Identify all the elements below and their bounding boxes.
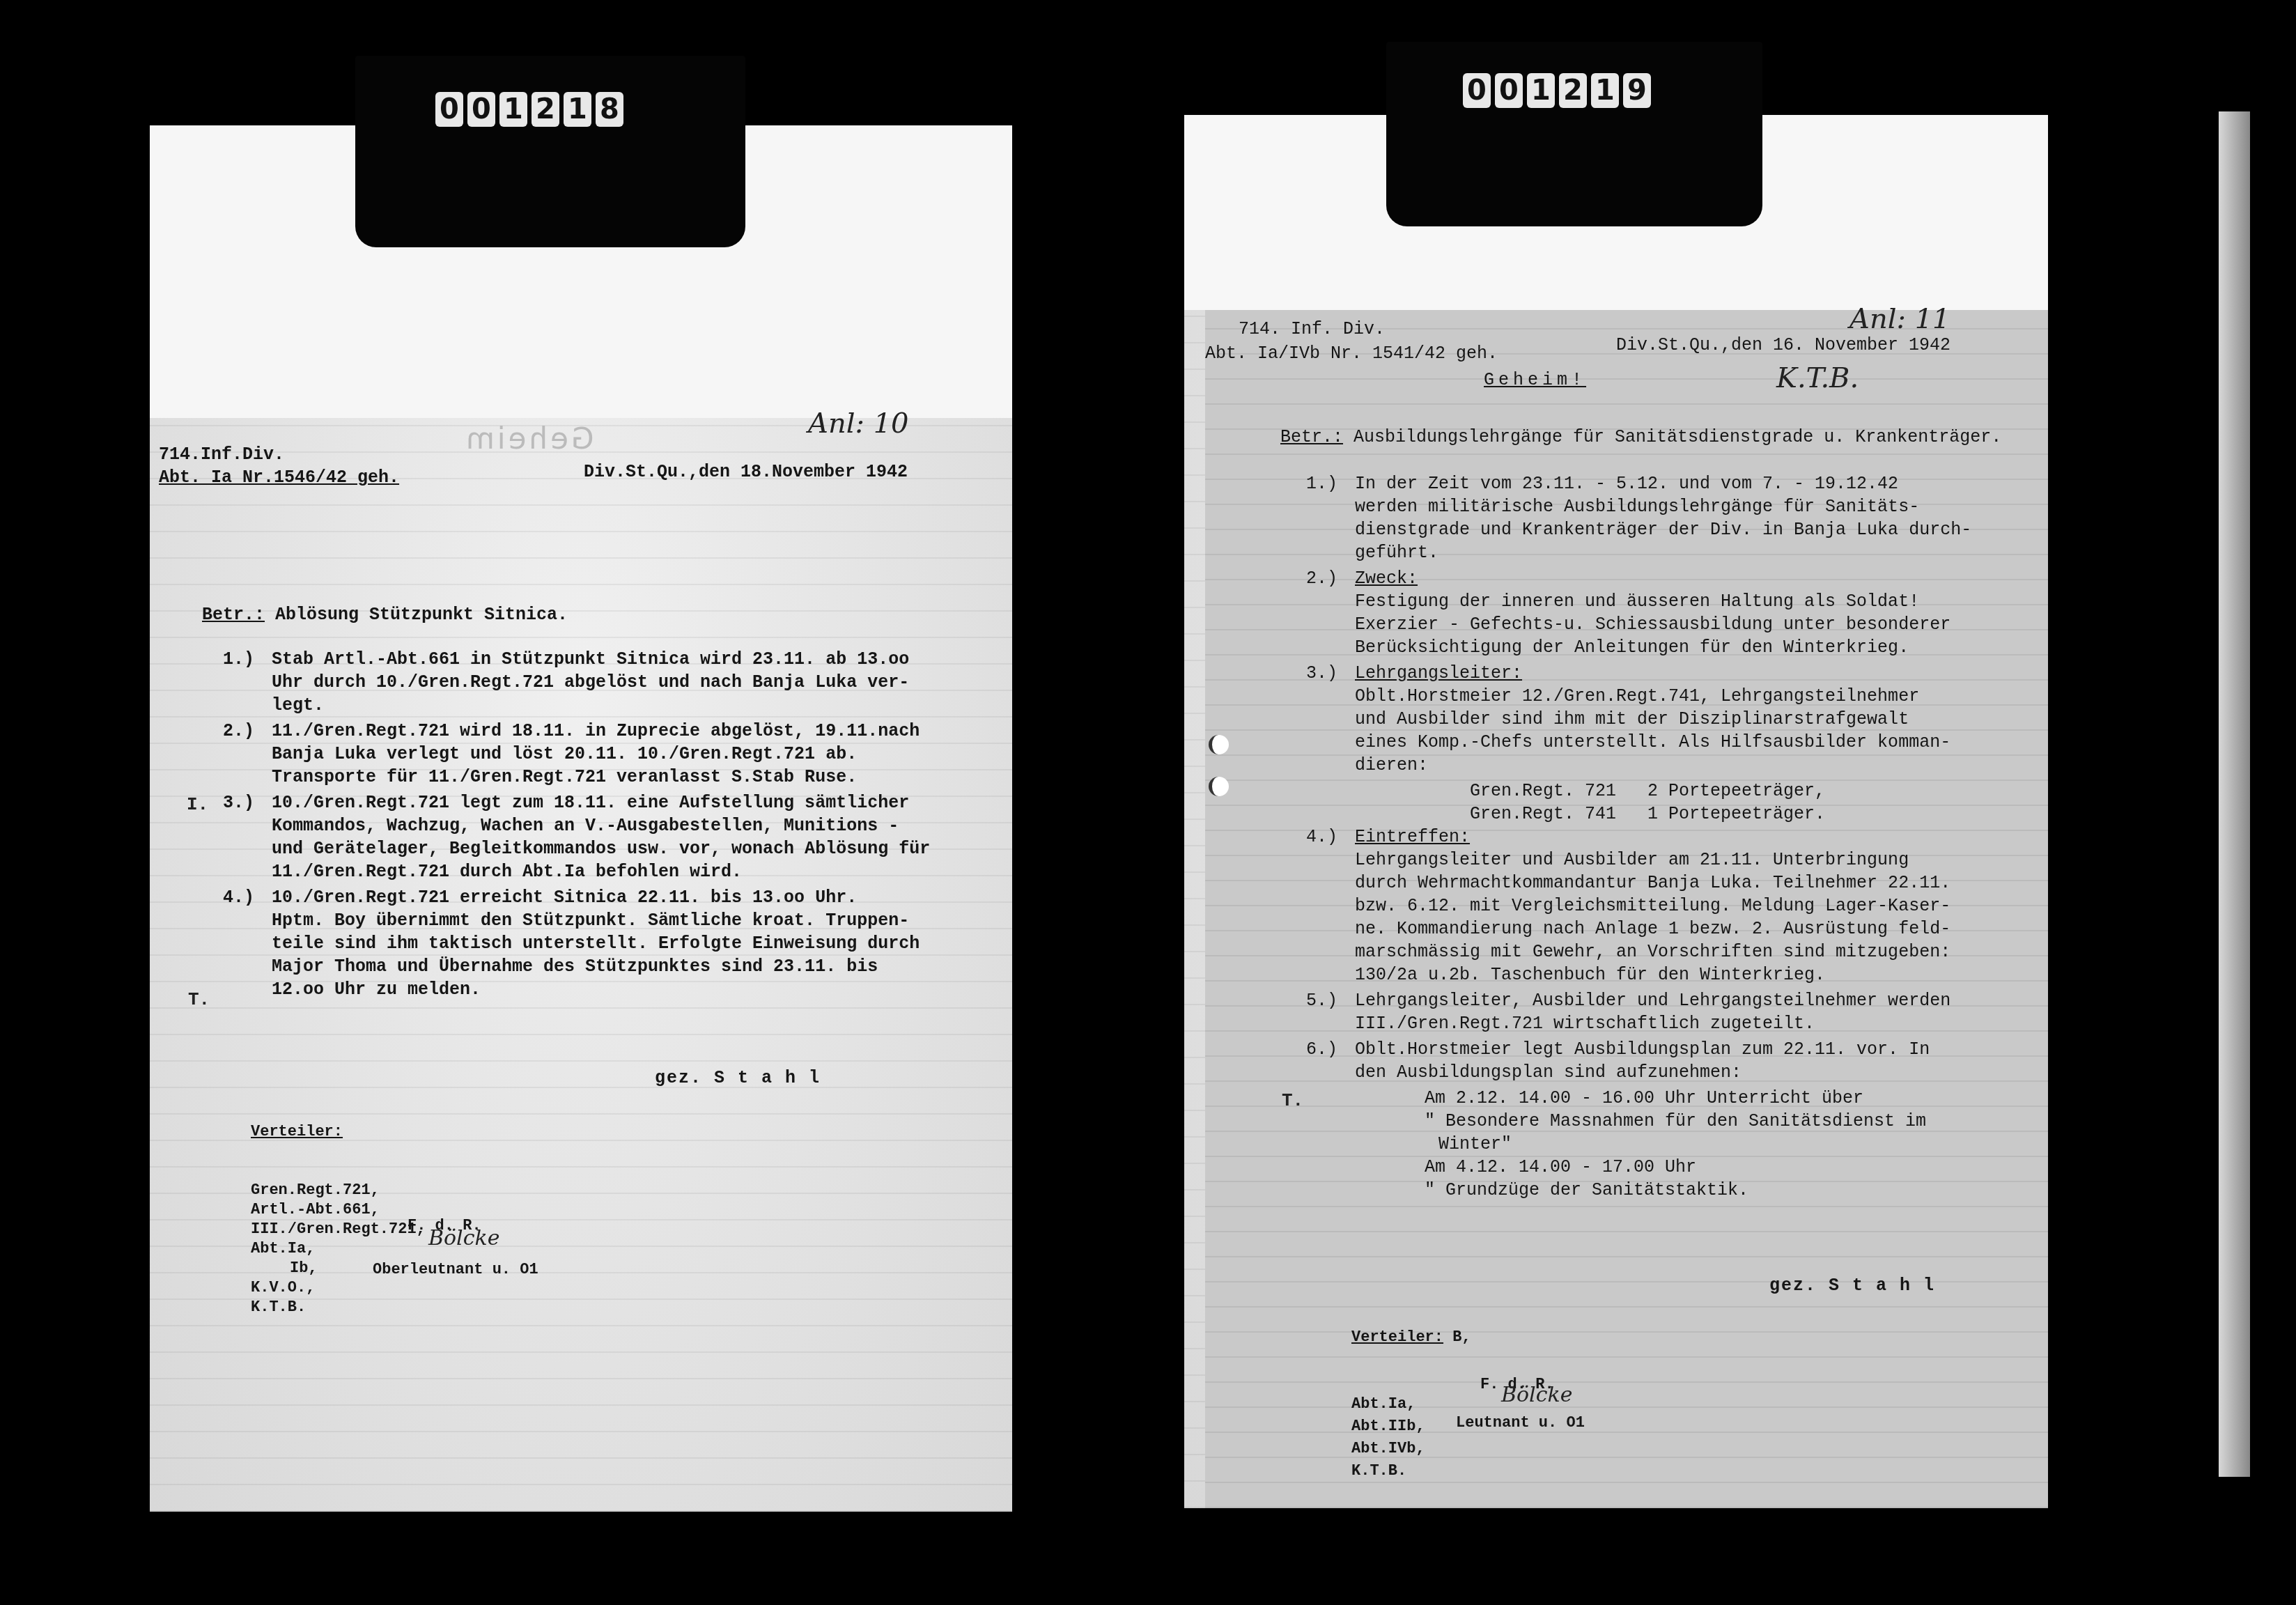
- frame-counter: 0 0 1 2 1 9: [1463, 73, 1651, 108]
- distribution-entries: Gren.Regt.721,Artl.-Abt.661,III./Gren.Re…: [251, 1181, 426, 1317]
- subject-line: Betr.: Ausbildungslehrgänge für Sanitäts…: [1280, 425, 2001, 449]
- item-line: geführt.: [1355, 541, 1971, 564]
- numbered-item: 6.)Oblt.Horstmeier legt Ausbildungsplan …: [1355, 1038, 1971, 1084]
- item-line: Kommandos, Wachzug, Wachen an V.-Ausgabe…: [272, 814, 930, 837]
- distribution-label: Verteiler:: [251, 1122, 426, 1142]
- header-place-date: Div.St.Qu.,den 16. November 1942: [1616, 333, 1950, 357]
- numbered-items: 1.)Stab Artl.-Abt.661 in Stützpunkt Sitn…: [272, 648, 930, 1004]
- item-line: 10./Gren.Regt.721 legt zum 18.11. eine A…: [272, 791, 930, 814]
- item-line: ne. Kommandierung nach Anlage 1 bezw. 2.…: [1355, 917, 1971, 940]
- film-frame-clip: [1386, 42, 1762, 226]
- numbered-item: 4.)Eintreffen:Lehrgangsleiter und Ausbil…: [1355, 825, 1971, 986]
- item-line: 11./Gren.Regt.721 wird 18.11. in Zupreci…: [272, 720, 930, 743]
- distribution-entry: Abt.IIb,: [1351, 1416, 1471, 1438]
- header-place-date: Div.St.Qu.,den 18.November 1942: [584, 460, 908, 484]
- item-line: Lehrgangsleiter, Ausbilder und Lehrgangs…: [1355, 989, 1971, 1012]
- item-line: den Ausbildungsplan sind aufzunehmen:: [1355, 1061, 1971, 1084]
- classification-label: Geheim!: [1484, 368, 1586, 392]
- numbered-item: 2.)11./Gren.Regt.721 wird 18.11. in Zupr…: [272, 720, 930, 789]
- counter-digit: 0: [1495, 73, 1523, 108]
- item-line: dienstgrade und Krankenträger der Div. i…: [1355, 518, 1971, 541]
- item-line: Stab Artl.-Abt.661 in Stützpunkt Sitnica…: [272, 648, 930, 671]
- numbered-item: 5.)Lehrgangsleiter, Ausbilder und Lehrga…: [1355, 989, 1971, 1035]
- item-line: durch Wehrmachtkommandantur Banja Luka. …: [1355, 871, 1971, 894]
- schedule-line: Winter": [1355, 1133, 1971, 1156]
- item-line: Lehrgangsleiter und Ausbilder am 21.11. …: [1355, 848, 1971, 871]
- counter-digit: 0: [467, 92, 495, 127]
- header-reference: Abt. Ia Nr.1546/42 geh.: [159, 465, 399, 490]
- distribution-entry: Abt.Ia,: [1351, 1393, 1471, 1416]
- item-line: Banja Luka verlegt und löst 20.11. 10./G…: [272, 743, 930, 766]
- item-line: legt.: [272, 694, 930, 717]
- item-line: III./Gren.Regt.721 wirtschaftlich zugete…: [1355, 1012, 1971, 1035]
- item-line: Berücksichtigung der Anleitungen für den…: [1355, 636, 1971, 659]
- distribution-entry: III./Gren.Regt.721,: [251, 1220, 426, 1239]
- item-line: marschmässig mit Gewehr, an Vorschriften…: [1355, 940, 1971, 963]
- assignment-count: 1 Portepeeträger.: [1647, 804, 1825, 824]
- assignment-unit: Gren.Regt. 741: [1470, 804, 1647, 824]
- item-line: dieren:: [1355, 754, 1971, 777]
- counter-digit: 8: [596, 92, 623, 127]
- item-line: 130/2a u.2b. Taschenbuch für den Winterk…: [1355, 963, 1971, 986]
- counter-digit: 2: [1559, 73, 1587, 108]
- annex-annotation: Anl: 10: [808, 408, 909, 440]
- item-heading: Lehrgangsleiter:: [1355, 662, 1971, 685]
- subject-label: Betr.:: [1280, 427, 1343, 447]
- subject-line: Betr.: Ablösung Stützpunkt Sitnica.: [202, 603, 568, 627]
- assignment-count: 2 Portepeeträger,: [1647, 781, 1825, 801]
- item-line: teile sind ihm taktisch unterstellt. Erf…: [272, 932, 930, 955]
- item-number: 6.): [1306, 1038, 1337, 1061]
- item-line: Oblt.Horstmeier 12./Gren.Regt.741, Lehrg…: [1355, 685, 1971, 708]
- subject-text: Ablösung Stützpunkt Sitnica.: [275, 605, 568, 625]
- subject-label: Betr.:: [202, 605, 265, 625]
- distribution-entry: K.T.B.: [251, 1298, 426, 1317]
- distribution-entry: K.T.B.: [1351, 1460, 1471, 1482]
- annex-annotation: Anl: 11: [1849, 303, 1950, 335]
- header-unit: 714.Inf.Div.: [159, 442, 284, 467]
- film-frame-clip: [355, 56, 745, 247]
- distribution-entry: Gren.Regt.721,: [251, 1181, 426, 1200]
- distribution-entry: Abt.Ia,: [251, 1239, 426, 1259]
- punch-hole: [1209, 777, 1229, 796]
- item-number: 2.): [1306, 567, 1337, 590]
- numbered-items: 1.)In der Zeit vom 23.11. - 5.12. und vo…: [1355, 472, 1971, 1202]
- ktb-annotation: K.T.B.: [1776, 362, 1859, 394]
- item-line: 10./Gren.Regt.721 erreicht Sitnica 22.11…: [272, 886, 930, 909]
- item-line: Oblt.Horstmeier legt Ausbildungsplan zum…: [1355, 1038, 1971, 1061]
- item-line: Uhr durch 10./Gren.Regt.721 abgelöst und…: [272, 671, 930, 694]
- officer-title: Leutnant u. O1: [1456, 1411, 1585, 1435]
- item-heading: Eintreffen:: [1355, 825, 1971, 848]
- counter-digit: 0: [435, 92, 463, 127]
- margin-mark: I.: [187, 794, 208, 815]
- numbered-item: 1.)Stab Artl.-Abt.661 in Stützpunkt Sitn…: [272, 648, 930, 717]
- item-number: 1.): [1306, 472, 1337, 495]
- item-line: und Ausbilder sind ihm mit der Disziplin…: [1355, 708, 1971, 731]
- margin-mark: T.: [188, 989, 210, 1010]
- punch-hole: [1209, 735, 1229, 754]
- numbered-item: 3.)10./Gren.Regt.721 legt zum 18.11. ein…: [272, 791, 930, 883]
- numbered-item: 3.)Lehrgangsleiter:Oblt.Horstmeier 12./G…: [1355, 662, 1971, 777]
- numbered-item: 2.)Zweck:Festigung der inneren und äusse…: [1355, 567, 1971, 659]
- margin-mark: T.: [1282, 1090, 1303, 1111]
- item-line: und Gerätelager, Begleitkommandos usw. v…: [272, 837, 930, 860]
- schedule-line: " Besondere Massnahmen für den Sanitätsd…: [1355, 1110, 1971, 1133]
- counter-digit: 2: [532, 92, 559, 127]
- item-line: eines Komp.-Chefs unterstellt. Als Hilfs…: [1355, 731, 1971, 754]
- counter-digit: 1: [564, 92, 591, 127]
- item-line: 12.oo Uhr zu melden.: [272, 978, 930, 1001]
- schedule-line: Am 4.12. 14.00 - 17.00 Uhr: [1355, 1156, 1971, 1179]
- item-line: Major Thoma und Übernahme des Stützpunkt…: [272, 955, 930, 978]
- counter-digit: 1: [499, 92, 527, 127]
- distribution-label: Verteiler:: [1351, 1328, 1443, 1346]
- schedule-line: Am 2.12. 14.00 - 16.00 Uhr Unterricht üb…: [1355, 1087, 1971, 1110]
- distribution-list: Verteiler: Gren.Regt.721,Artl.-Abt.661,I…: [251, 1083, 426, 1337]
- counter-digit: 1: [1527, 73, 1555, 108]
- assignment-unit: Gren.Regt. 721: [1470, 781, 1647, 801]
- item-line: Exerzier - Gefechts-u. Schiessausbildung…: [1355, 613, 1971, 636]
- officer-title: Oberleutnant u. O1: [373, 1257, 538, 1282]
- signature-typed: gez. S t a h l: [655, 1066, 821, 1090]
- item-line: Festigung der inneren und äusseren Haltu…: [1355, 590, 1971, 613]
- numbered-item: 4.)10./Gren.Regt.721 erreicht Sitnica 22…: [272, 886, 930, 1001]
- adjacent-page-edge: [2219, 111, 2250, 1477]
- item-number: 4.): [223, 886, 254, 909]
- frame-counter: 0 0 1 2 1 8: [435, 92, 623, 127]
- numbered-item: 1.)In der Zeit vom 23.11. - 5.12. und vo…: [1355, 472, 1971, 564]
- item-number: 2.): [223, 720, 254, 743]
- ghost-stamp: Geheim: [463, 421, 594, 456]
- header-unit: 714. Inf. Div.: [1239, 317, 1385, 341]
- item-line: Transporte für 11./Gren.Regt.721 veranla…: [272, 766, 930, 789]
- item-number: 4.): [1306, 825, 1337, 848]
- signature-typed: gez. S t a h l: [1769, 1273, 1935, 1298]
- distribution-entry: Artl.-Abt.661,: [251, 1200, 426, 1220]
- counter-digit: 9: [1623, 73, 1651, 108]
- item-number: 1.): [223, 648, 254, 671]
- item-line: In der Zeit vom 23.11. - 5.12. und vom 7…: [1355, 472, 1971, 495]
- item-line: 11./Gren.Regt.721 durch Abt.Ia befohlen …: [272, 860, 930, 883]
- item-number: 3.): [223, 791, 254, 814]
- item-heading: Zweck:: [1355, 567, 1971, 590]
- assignment-row: Gren.Regt. 721 2 Portepeeträger,: [1355, 780, 1971, 802]
- item-line: bzw. 6.12. mit Vergleichsmitteilung. Mel…: [1355, 894, 1971, 917]
- item-number: 3.): [1306, 662, 1337, 685]
- item-number: 5.): [1306, 989, 1337, 1012]
- schedule-line: " Grundzüge der Sanitätstaktik.: [1355, 1179, 1971, 1202]
- distribution-entry: Abt.IVb,: [1351, 1438, 1471, 1460]
- counter-digit: 1: [1591, 73, 1619, 108]
- item-line: werden militärische Ausbildungslehrgänge…: [1355, 495, 1971, 518]
- header-reference: Abt. Ia/IVb Nr. 1541/42 geh.: [1205, 341, 1498, 366]
- item-line: Hptm. Boy übernimmt den Stützpunkt. Sämt…: [272, 909, 930, 932]
- subject-text: Ausbildungslehrgänge für Sanitätsdienstg…: [1353, 427, 2001, 447]
- handwritten-signature: Bölcke: [428, 1226, 499, 1250]
- distribution-list: Verteiler: B, Abt.Ia,Abt.IIb,Abt.IVb,K.T…: [1351, 1282, 1471, 1505]
- handwritten-signature: Bölcke: [1501, 1383, 1572, 1407]
- assignment-row: Gren.Regt. 741 1 Portepeeträger.: [1355, 802, 1971, 825]
- distribution-suffix: B,: [1452, 1328, 1471, 1346]
- distribution-entries: Abt.Ia,Abt.IIb,Abt.IVb,K.T.B.: [1351, 1393, 1471, 1482]
- counter-digit: 0: [1463, 73, 1491, 108]
